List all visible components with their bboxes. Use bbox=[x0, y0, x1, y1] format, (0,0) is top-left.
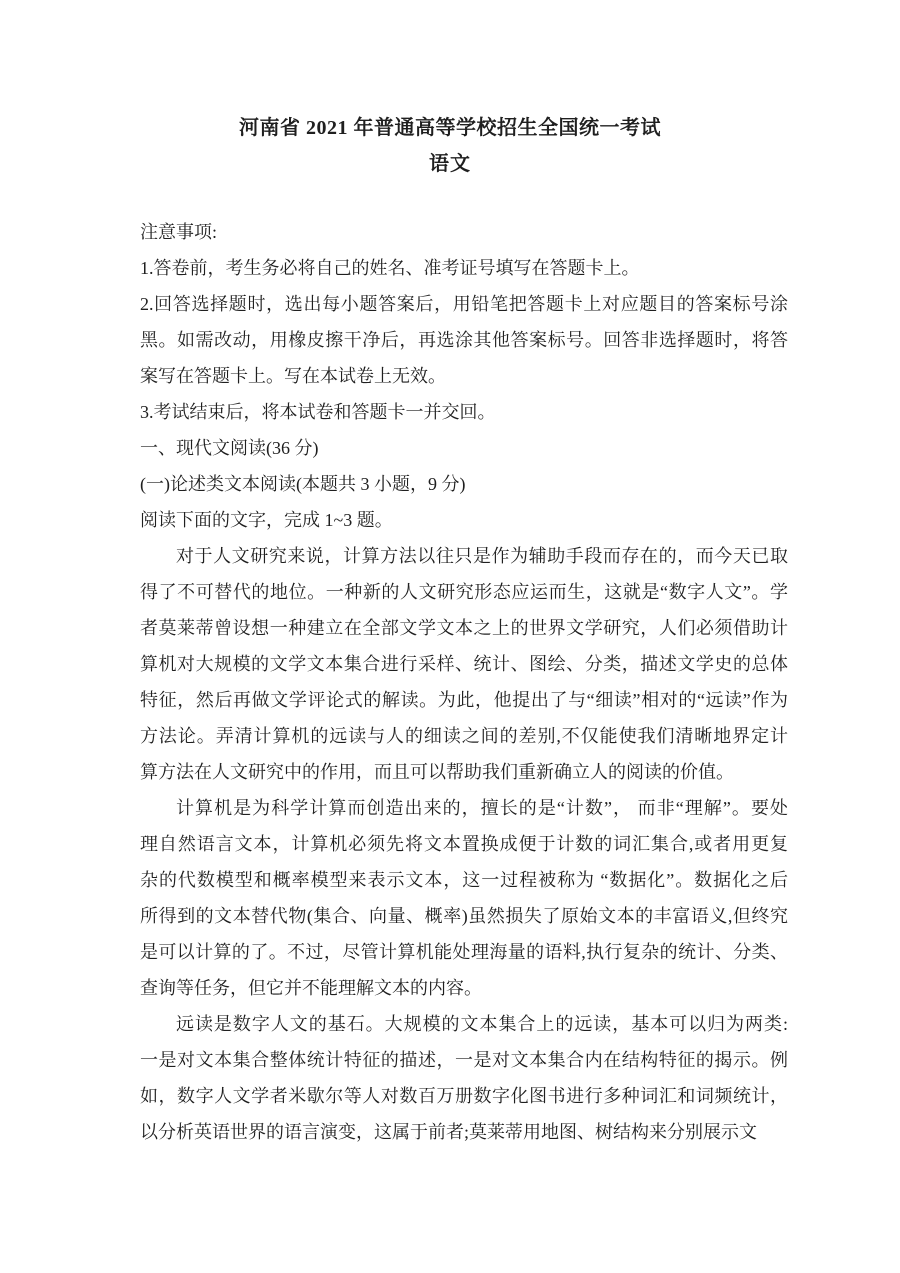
text-line: 得了不可替代的地位。一种新的人文研究形态应运而生，这就是“数字人文”。学 bbox=[140, 574, 788, 610]
text-line: 对于人文研究来说，计算方法以往只是作为辅助手段而存在的，而今天已取 bbox=[140, 538, 788, 574]
exam-paper-page: 河南省 2021 年普通高等学校招生全国统一考试 语文 注意事项:1.答卷前，考… bbox=[0, 0, 900, 1150]
text-line: 方法论。弄清计算机的远读与人的细读之间的差别,不仅能使我们清晰地界定计 bbox=[140, 718, 788, 754]
text-line: 一是对文本集合整体统计特征的描述，一是对文本集合内在结构特征的揭示。例 bbox=[140, 1042, 788, 1078]
text-line: 如，数字人文学者米歇尔等人对数百万册数字化图书进行多种词汇和词频统计， bbox=[140, 1078, 788, 1114]
text-line: 者莫莱蒂曾设想一种建立在全部文学文本之上的世界文学研究，人们必须借助计 bbox=[140, 610, 788, 646]
text-line: 注意事项: bbox=[140, 214, 788, 250]
page-title: 河南省 2021 年普通高等学校招生全国统一考试 bbox=[0, 110, 900, 146]
text-line: 远读是数字人文的基石。大规模的文本集合上的远读，基本可以归为两类: bbox=[140, 1006, 788, 1042]
text-line: 案写在答题卡上。写在本试卷上无效。 bbox=[140, 358, 788, 394]
page-subtitle: 语文 bbox=[0, 146, 900, 182]
text-line: 一、现代文阅读(36 分) bbox=[140, 430, 788, 466]
document-body: 注意事项:1.答卷前，考生务必将自己的姓名、准考证号填写在答题卡上。2.回答选择… bbox=[140, 214, 788, 1150]
text-line: 是可以计算的了。不过，尽管计算机能处理海量的语料,执行复杂的统计、分类、 bbox=[140, 934, 788, 970]
text-line: 特征，然后再做文学评论式的解读。为此，他提出了与“细读”相对的“远读”作为 bbox=[140, 682, 788, 718]
text-line: 所得到的文本替代物(集合、向量、概率)虽然损失了原始文本的丰富语义,但终究 bbox=[140, 898, 788, 934]
text-line: 查询等任务，但它并不能理解文本的内容。 bbox=[140, 970, 788, 1006]
text-line: 杂的代数模型和概率模型来表示文本，这一过程被称为 “数据化”。数据化之后 bbox=[140, 862, 788, 898]
text-line: 理自然语言文本，计算机必须先将文本置换成便于计数的词汇集合,或者用更复 bbox=[140, 826, 788, 862]
text-line: 黑。如需改动，用橡皮擦干净后，再选涂其他答案标号。回答非选择题时，将答 bbox=[140, 322, 788, 358]
text-line: 以分析英语世界的语言演变，这属于前者;莫莱蒂用地图、树结构来分别展示文 bbox=[140, 1114, 788, 1150]
text-line: 阅读下面的文字，完成 1~3 题。 bbox=[140, 502, 788, 538]
text-line: 算机对大规模的文学文本集合进行采样、统计、图绘、分类，描述文学史的总体 bbox=[140, 646, 788, 682]
text-line: 1.答卷前，考生务必将自己的姓名、准考证号填写在答题卡上。 bbox=[140, 250, 788, 286]
text-line: (一)论述类文本阅读(本题共 3 小题，9 分) bbox=[140, 466, 788, 502]
text-line: 2.回答选择题时，选出每小题答案后，用铅笔把答题卡上对应题目的答案标号涂 bbox=[140, 286, 788, 322]
text-line: 计算机是为科学计算而创造出来的，擅长的是“计数”， 而非“理解”。要处 bbox=[140, 790, 788, 826]
text-line: 算方法在人文研究中的作用，而且可以帮助我们重新确立人的阅读的价值。 bbox=[140, 754, 788, 790]
text-line: 3.考试结束后，将本试卷和答题卡一并交回。 bbox=[140, 394, 788, 430]
